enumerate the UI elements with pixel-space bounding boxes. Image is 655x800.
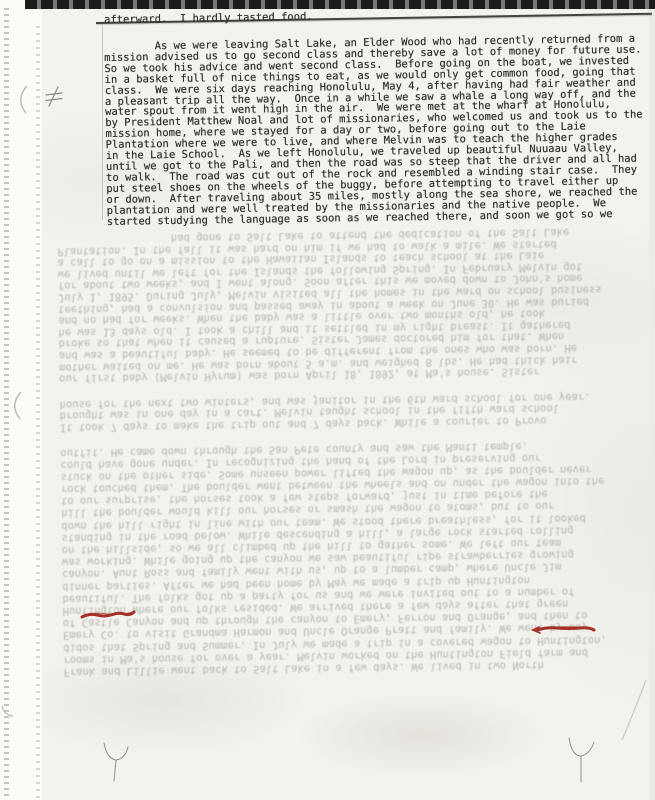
red-underline-right: [533, 627, 594, 633]
red-underline-left: [82, 612, 134, 617]
pencil-y-mark-right: [569, 738, 594, 782]
sleeve-curve-mark-bottom-left: [2, 706, 13, 716]
sleeve-curve-mark-top: [21, 86, 27, 113]
sleeve-curve-mark-middle: [15, 392, 21, 419]
pencil-y-mark-left: [104, 743, 128, 781]
margin-pencil-mark: [46, 87, 62, 106]
annotation-marks-layer: [0, 0, 655, 800]
paper-crease-bottom-right: [622, 680, 646, 740]
